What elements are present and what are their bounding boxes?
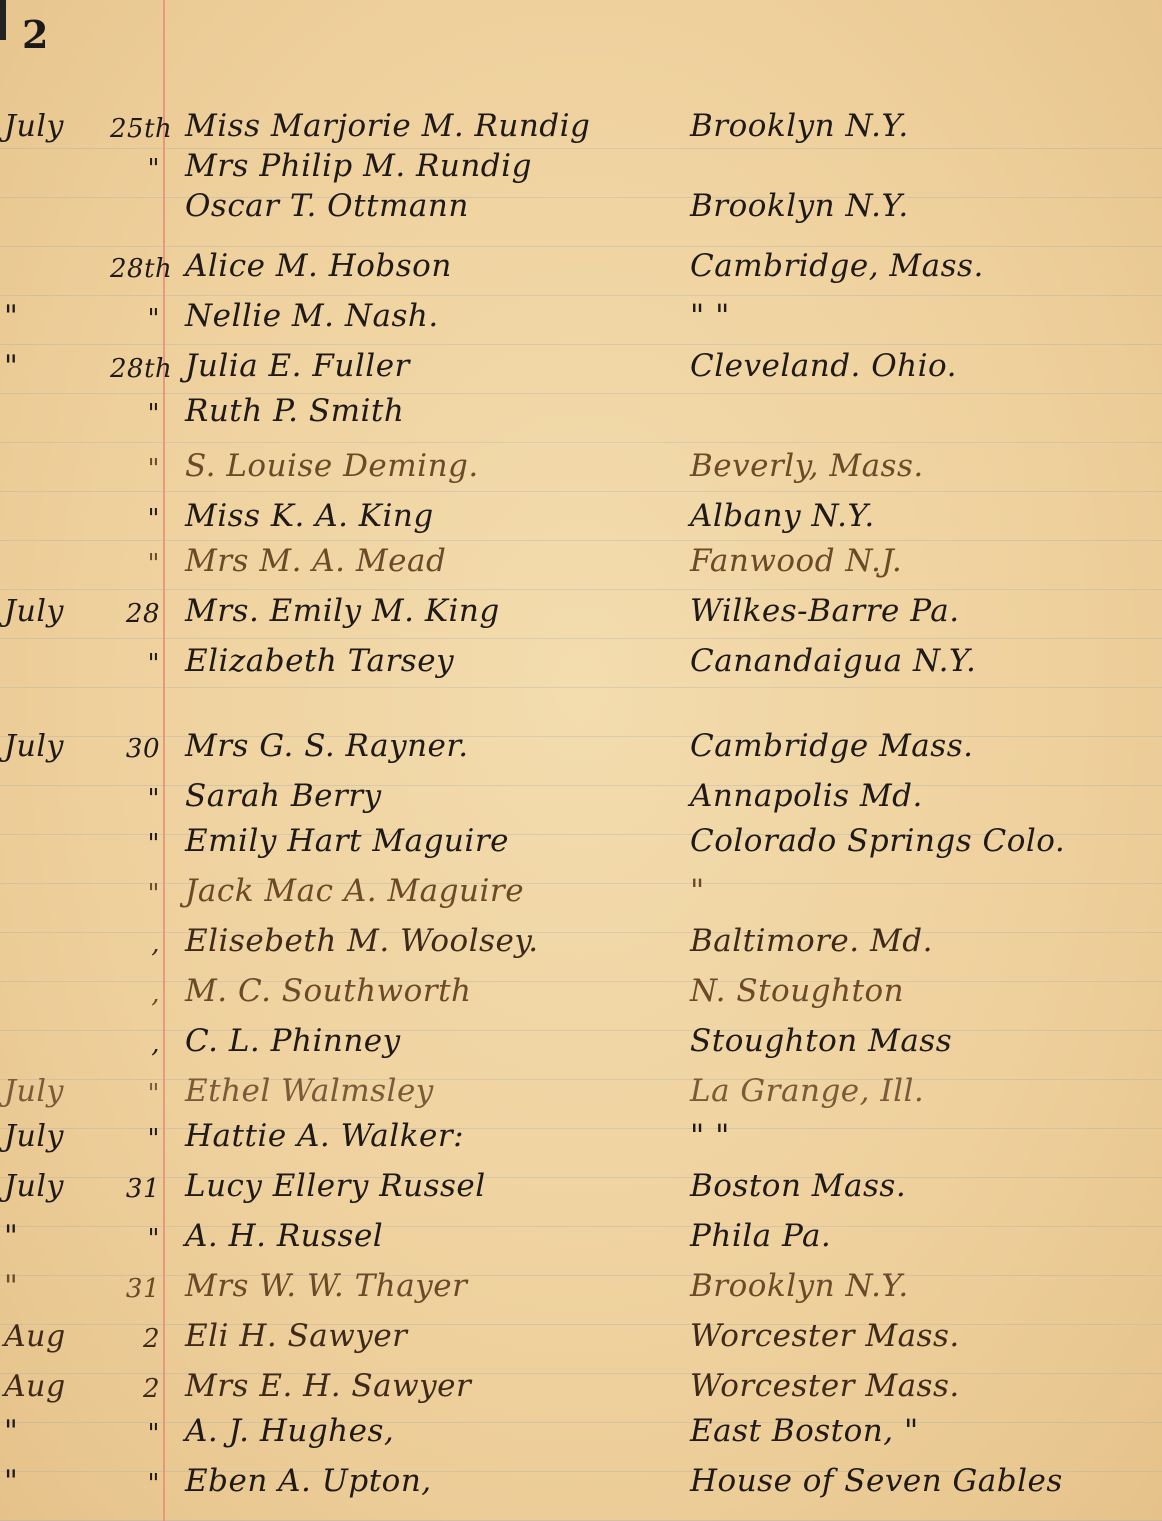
entry-residence: House of Seven Gables [690, 1463, 1063, 1499]
entry-residence: Annapolis Md. [690, 778, 923, 814]
register-entry: "Sarah BerryAnnapolis Md. [0, 770, 1162, 820]
entry-name: Elizabeth Tarsey [185, 643, 454, 679]
ruled-line [0, 687, 1162, 688]
entry-name: Alice M. Hobson [185, 248, 452, 284]
register-entry: "Ruth P. Smith [0, 385, 1162, 435]
register-entry: "31Mrs W. W. ThayerBrooklyn N.Y. [0, 1260, 1162, 1310]
register-entry: "Elizabeth TarseyCanandaigua N.Y. [0, 635, 1162, 685]
entry-date-day: " [110, 1469, 160, 1499]
register-entry: ""A. J. Hughes,East Boston, " [0, 1405, 1162, 1455]
entry-date-day: 28th [110, 354, 160, 384]
entry-name: Mrs M. A. Mead [185, 543, 446, 579]
register-page: 2 July25thMiss Marjorie M. RundigBrookly… [0, 0, 1162, 1521]
entry-name: M. C. Southworth [185, 973, 472, 1009]
entry-date-month: July [4, 1074, 64, 1109]
entry-name: Oscar T. Ottmann [185, 188, 469, 224]
entry-date-day: 28th [110, 254, 160, 284]
entry-name: Sarah Berry [185, 778, 382, 814]
entry-residence: " [690, 873, 705, 909]
entry-date-day: " [110, 454, 160, 484]
register-entry: Oscar T. OttmannBrooklyn N.Y. [0, 180, 1162, 230]
entry-name: Julia E. Fuller [185, 348, 410, 384]
entry-date-day: 28 [110, 599, 160, 629]
register-entry: July30Mrs G. S. Rayner.Cambridge Mass. [0, 720, 1162, 770]
entry-residence: Brooklyn N.Y. [690, 108, 909, 144]
register-entry: "28thJulia E. FullerCleveland. Ohio. [0, 340, 1162, 390]
entry-residence: Worcester Mass. [690, 1368, 960, 1404]
entry-name: Miss K. A. King [185, 498, 434, 534]
page-number: 2 [22, 12, 48, 57]
entry-residence: La Grange, Ill. [690, 1073, 924, 1109]
entry-residence: Phila Pa. [690, 1218, 831, 1254]
entry-name: C. L. Phinney [185, 1023, 401, 1059]
entry-name: Mrs. Emily M. King [185, 593, 500, 629]
entry-residence: " " [690, 1118, 730, 1154]
entry-residence: Cambridge Mass. [690, 728, 973, 764]
entry-date-month: July [4, 1119, 64, 1154]
entry-residence: Albany N.Y. [690, 498, 875, 534]
entry-date-day: , [110, 979, 160, 1009]
entry-date-day: 30 [110, 734, 160, 764]
entry-date-day: " [110, 1124, 160, 1154]
entry-name: A. J. Hughes, [185, 1413, 394, 1449]
entry-date-month: " [4, 349, 18, 384]
register-entry: 28thAlice M. HobsonCambridge, Mass. [0, 240, 1162, 290]
entry-date-month: " [4, 1464, 18, 1499]
register-entry: Aug2Mrs E. H. SawyerWorcester Mass. [0, 1360, 1162, 1410]
entry-name: Mrs G. S. Rayner. [185, 728, 469, 764]
entry-residence: Cleveland. Ohio. [690, 348, 957, 384]
entry-date-month: July [4, 729, 64, 764]
entry-date-day: " [110, 649, 160, 679]
register-entry: ""Eben A. Upton,House of Seven Gables [0, 1455, 1162, 1505]
entry-residence: Beverly, Mass. [690, 448, 924, 484]
scan-edge-shadow [0, 0, 6, 40]
entry-name: A. H. Russel [185, 1218, 383, 1254]
entry-date-month: July [4, 594, 64, 629]
entry-date-day: " [110, 784, 160, 814]
entry-residence: Canandaigua N.Y. [690, 643, 976, 679]
entry-date-day: 2 [110, 1324, 160, 1354]
entry-name: Mrs E. H. Sawyer [185, 1368, 471, 1404]
entry-date-day: , [110, 1029, 160, 1059]
entry-date-month: Aug [4, 1369, 66, 1404]
entry-date-day: , [110, 929, 160, 959]
entry-residence: Colorado Springs Colo. [690, 823, 1065, 859]
entry-name: S. Louise Deming. [185, 448, 479, 484]
register-entry: ,M. C. SouthworthN. Stoughton [0, 965, 1162, 1015]
entry-date-month: Aug [4, 1319, 66, 1354]
entry-date-day: 2 [110, 1374, 160, 1404]
entry-date-day: " [110, 304, 160, 334]
entry-residence: Baltimore. Md. [690, 923, 933, 959]
entry-residence: Cambridge, Mass. [690, 248, 984, 284]
register-entry: "Miss K. A. KingAlbany N.Y. [0, 490, 1162, 540]
entry-residence: Boston Mass. [690, 1168, 906, 1204]
entry-name: Nellie M. Nash. [185, 298, 439, 334]
entry-residence: Stoughton Mass [690, 1023, 952, 1059]
entry-date-month: July [4, 1169, 64, 1204]
entry-name: Emily Hart Maguire [185, 823, 509, 859]
register-entry: Aug2Eli H. SawyerWorcester Mass. [0, 1310, 1162, 1360]
entry-date-day: 31 [110, 1174, 160, 1204]
register-entry: ,C. L. PhinneyStoughton Mass [0, 1015, 1162, 1065]
entry-date-day: " [110, 1079, 160, 1109]
register-entry: July31Lucy Ellery RusselBoston Mass. [0, 1160, 1162, 1210]
entry-residence: Worcester Mass. [690, 1318, 960, 1354]
entry-date-month: July [4, 109, 64, 144]
entry-date-month: " [4, 299, 18, 334]
entry-residence: Fanwood N.J. [690, 543, 902, 579]
register-entry: July"Ethel WalmsleyLa Grange, Ill. [0, 1065, 1162, 1115]
entry-name: Miss Marjorie M. Rundig [185, 108, 590, 144]
entry-name: Eben A. Upton, [185, 1463, 432, 1499]
entry-name: Mrs W. W. Thayer [185, 1268, 467, 1304]
entry-name: Ethel Walmsley [185, 1073, 434, 1109]
entry-name: Ruth P. Smith [185, 393, 404, 429]
entry-residence: Brooklyn N.Y. [690, 188, 909, 224]
entry-name: Mrs Philip M. Rundig [185, 148, 532, 184]
register-entry: "Jack Mac A. Maguire" [0, 865, 1162, 915]
entry-residence: East Boston, " [690, 1413, 919, 1449]
register-entry: ,Elisebeth M. Woolsey.Baltimore. Md. [0, 915, 1162, 965]
register-entry: July"Hattie A. Walker:" " [0, 1110, 1162, 1160]
register-entry: "S. Louise Deming.Beverly, Mass. [0, 440, 1162, 490]
entry-date-day: " [110, 879, 160, 909]
register-entry: "Emily Hart MaguireColorado Springs Colo… [0, 815, 1162, 865]
entry-residence: N. Stoughton [690, 973, 904, 1009]
entry-name: Elisebeth M. Woolsey. [185, 923, 539, 959]
register-entry: ""Nellie M. Nash." " [0, 290, 1162, 340]
entry-date-month: " [4, 1414, 18, 1449]
entry-date-month: " [4, 1269, 18, 1304]
entry-date-month: " [4, 1219, 18, 1254]
entry-date-day: 31 [110, 1274, 160, 1304]
entry-date-day: " [110, 829, 160, 859]
entry-date-day: " [110, 1419, 160, 1449]
entry-name: Hattie A. Walker: [185, 1118, 464, 1154]
entry-date-day: " [110, 399, 160, 429]
register-entry: ""A. H. RusselPhila Pa. [0, 1210, 1162, 1260]
entry-name: Eli H. Sawyer [185, 1318, 408, 1354]
entry-name: Jack Mac A. Maguire [185, 873, 524, 909]
entry-residence: Brooklyn N.Y. [690, 1268, 909, 1304]
register-entry: "Mrs M. A. MeadFanwood N.J. [0, 535, 1162, 585]
entry-residence: Wilkes-Barre Pa. [690, 593, 960, 629]
entry-name: Lucy Ellery Russel [185, 1168, 486, 1204]
entry-residence: " " [690, 298, 730, 334]
entry-date-day: " [110, 549, 160, 579]
entry-date-day: " [110, 1224, 160, 1254]
entry-date-day: " [110, 504, 160, 534]
register-entry: July28Mrs. Emily M. KingWilkes-Barre Pa. [0, 585, 1162, 635]
